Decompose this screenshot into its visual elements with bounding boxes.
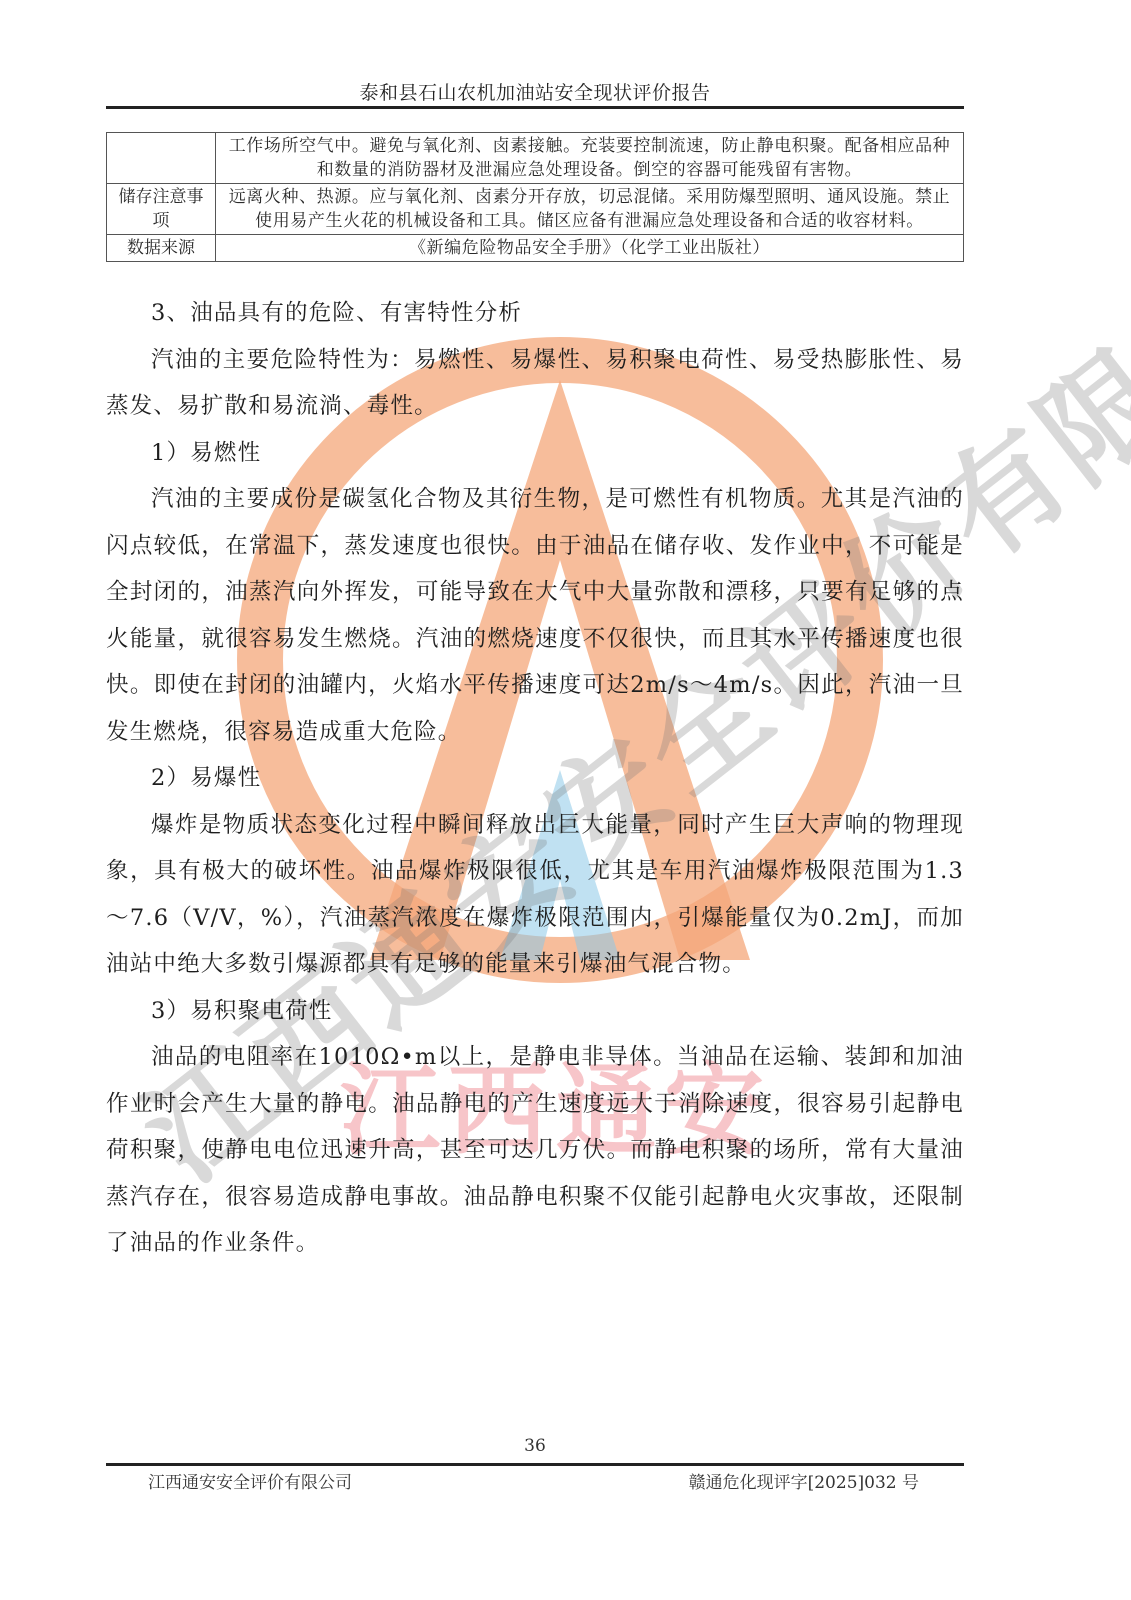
table-row-content: 工作场所空气中。避免与氧化剂、卤素接触。充装要控制流速，防止静电积聚。配备相应品… [216,133,964,184]
page-number: 36 [106,1436,964,1456]
footer-doc-number: 赣通危化现评字[2025]032 号 [689,1468,919,1493]
intro-paragraph: 汽油的主要危险特性为：易燃性、易爆性、易积聚电荷性、易受热膨胀性、易蒸发、易扩散… [106,337,964,430]
table-row-content: 远离火种、热源。应与氧化剂、卤素分开存放，切忌混储。采用防爆型照明、通风设施。禁… [216,184,964,235]
subsection-paragraph-static-charge: 油品的电阻率在1010Ω•m以上，是静电非导体。当油品在运输、装卸和加油作业时会… [106,1034,964,1267]
page-header-title: 泰和县石山农机加油站安全现状评价报告 [106,78,964,105]
footer-divider [106,1463,964,1466]
safety-info-table: 工作场所空气中。避免与氧化剂、卤素接触。充装要控制流速，防止静电积聚。配备相应品… [106,132,964,262]
subsection-heading-explosiveness: 2）易爆性 [106,755,964,802]
table-row-label: 数据来源 [107,235,216,262]
subsection-heading-static-charge: 3）易积聚电荷性 [106,988,964,1035]
document-body: 3、油品具有的危险、有害特性分析 汽油的主要危险特性为：易燃性、易爆性、易积聚电… [106,290,964,1267]
table-row-content: 《新编危险物品安全手册》（化学工业出版社） [216,235,964,262]
table-row-label [107,133,216,184]
table-row-label: 储存注意事项 [107,184,216,235]
subsection-heading-flammability: 1）易燃性 [106,430,964,477]
section-heading: 3、油品具有的危险、有害特性分析 [106,290,964,337]
table-row: 工作场所空气中。避免与氧化剂、卤素接触。充装要控制流速，防止静电积聚。配备相应品… [107,133,964,184]
footer-company: 江西通安安全评价有限公司 [148,1468,352,1493]
document-page: 江西通安 江西通安安全评价有限公司 泰和县石山农机加油站安全现状评价报告 工作场… [0,0,1131,1600]
subsection-paragraph-flammability: 汽油的主要成份是碳氢化合物及其衍生物，是可燃性有机物质。尤其是汽油的闪点较低，在… [106,476,964,755]
header-divider [106,106,964,109]
table-row: 储存注意事项 远离火种、热源。应与氧化剂、卤素分开存放，切忌混储。采用防爆型照明… [107,184,964,235]
table-row: 数据来源 《新编危险物品安全手册》（化学工业出版社） [107,235,964,262]
subsection-paragraph-explosiveness: 爆炸是物质状态变化过程中瞬间释放出巨大能量，同时产生巨大声响的物理现象，具有极大… [106,802,964,988]
